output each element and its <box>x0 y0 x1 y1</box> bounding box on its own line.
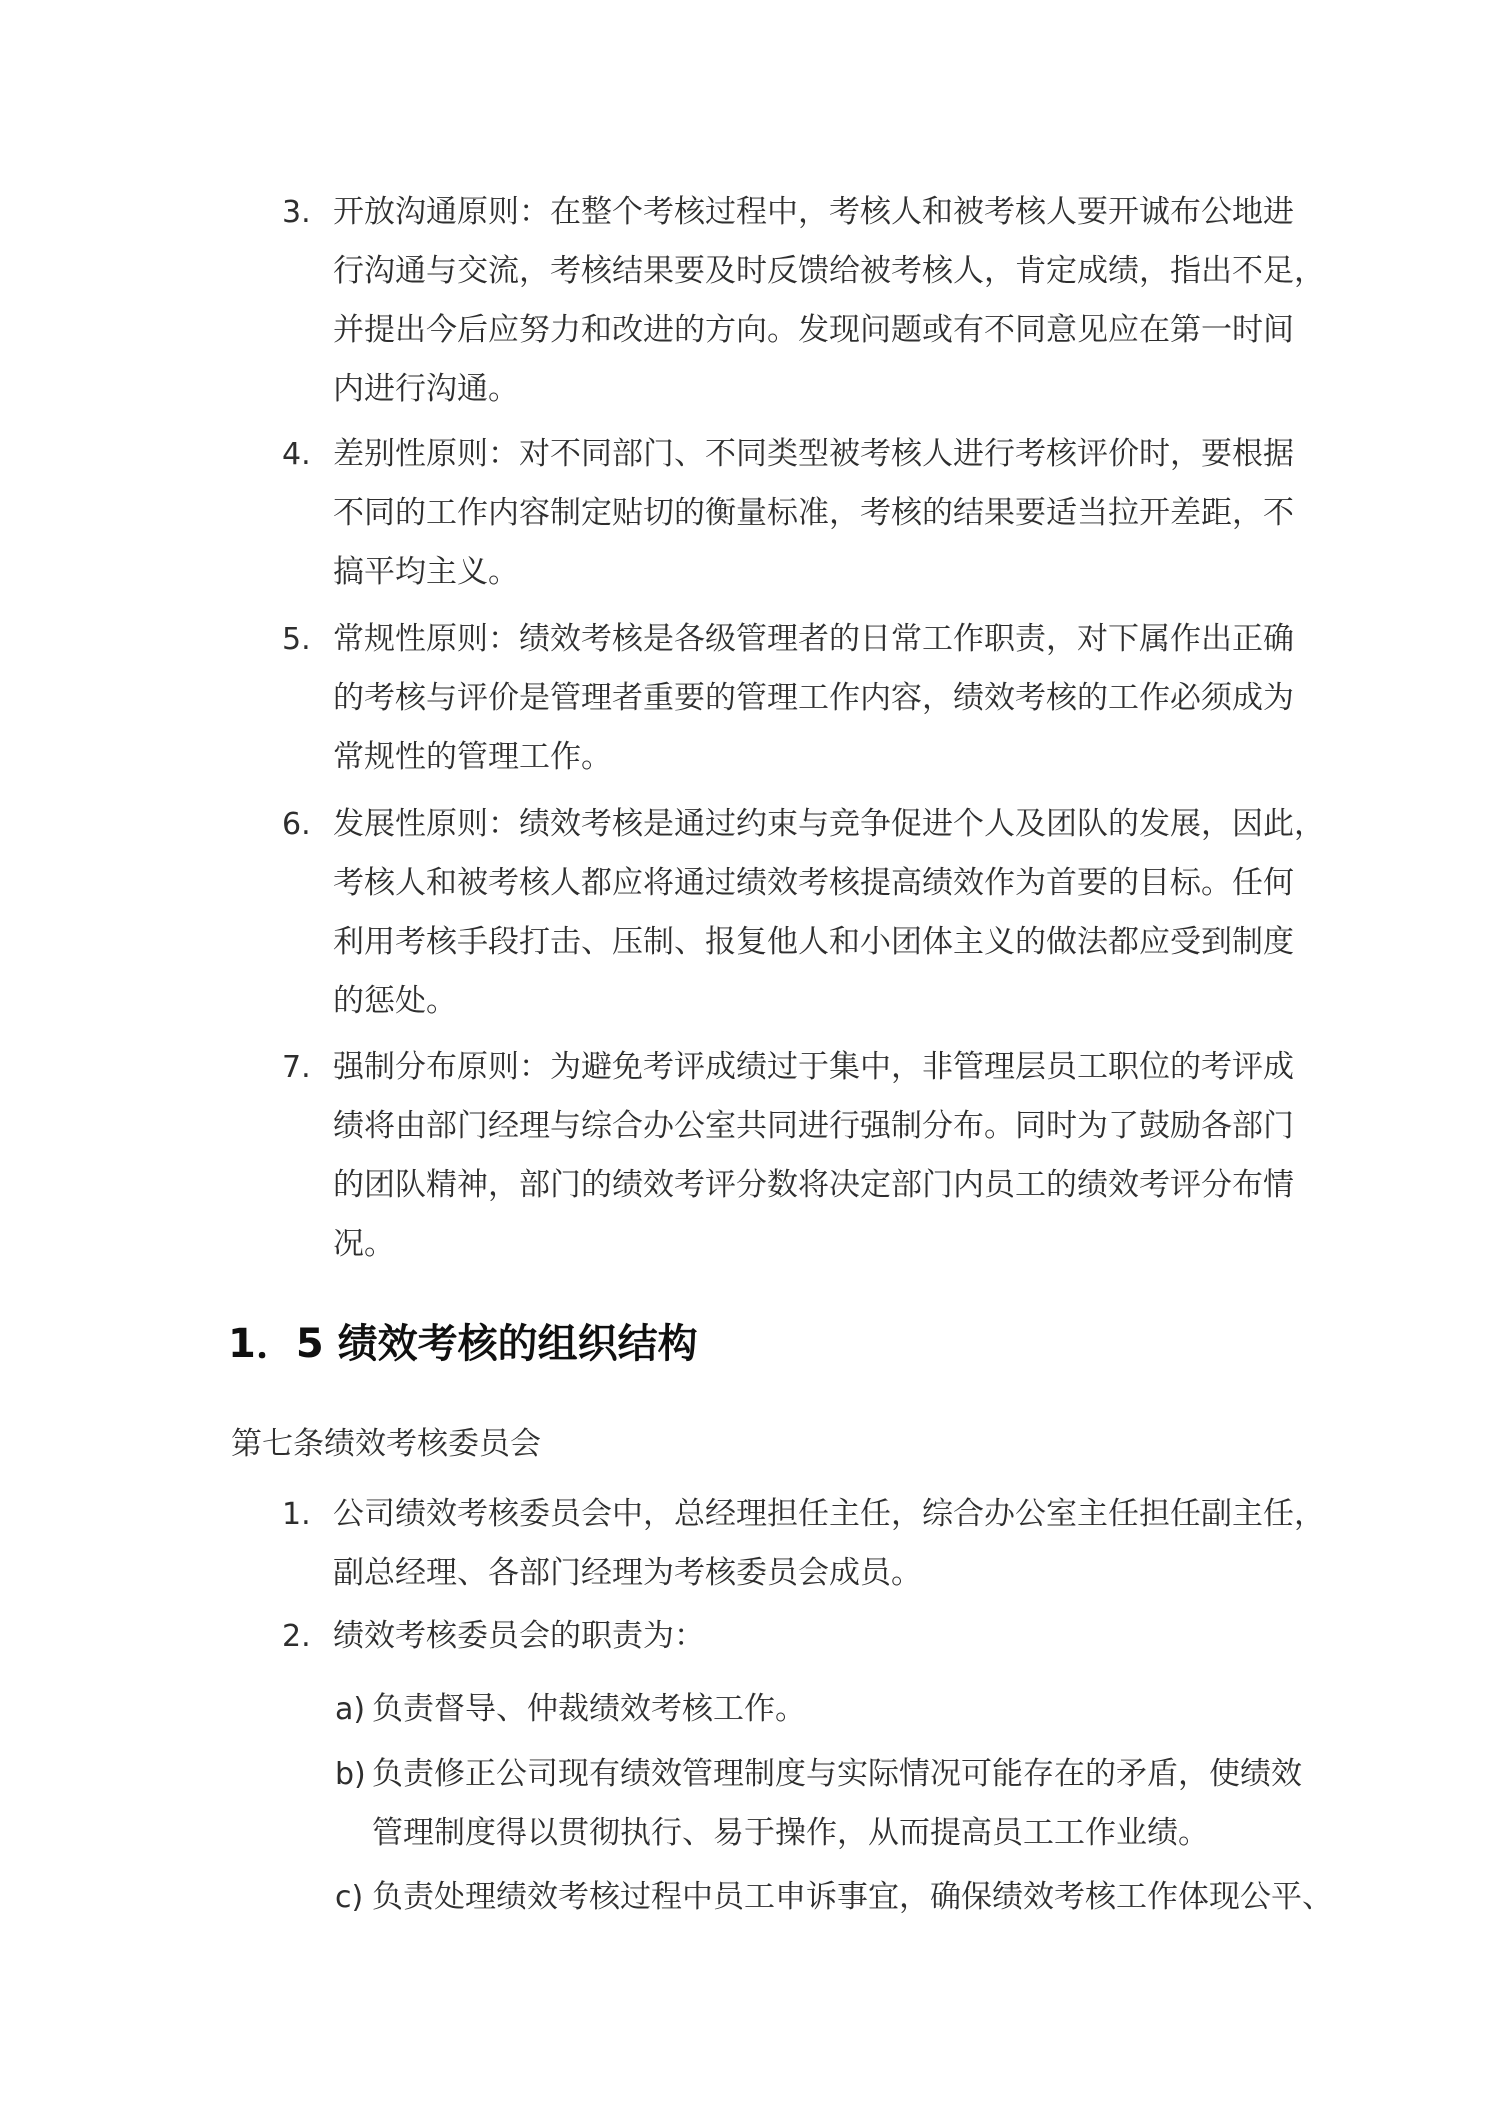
text-line: 的考核与评价是管理者重要的管理工作内容，绩效考核的工作必须成为 <box>333 669 1294 728</box>
text-line: 绩将由部门经理与综合办公室共同进行强制分布。同时为了鼓励各部门 <box>333 1097 1294 1156</box>
list-item-text: 强制分布原则：为避免考评成绩过于集中，非管理层员工职位的考评成 绩将由部门经理与… <box>333 1038 1294 1274</box>
list-item: 6. 发展性原则：绩效考核是通过约束与竞争促进个人及团队的发展，因此， 考核人和… <box>282 795 1325 1031</box>
text-line: 不同的工作内容制定贴切的衡量标准，考核的结果要适当拉开差距，不 <box>333 484 1294 543</box>
text-line: 公司绩效考核委员会中，总经理担任主任，综合办公室主任担任副主任， <box>333 1485 1325 1544</box>
sub-list-text: 负责处理绩效考核过程中员工申诉事宜，确保绩效考核工作体现公平、 <box>372 1868 1333 1927</box>
sub-list-item: a) 负责督导、仲裁绩效考核工作。 <box>335 1680 806 1739</box>
list-item-text: 绩效考核委员会的职责为： <box>333 1607 705 1666</box>
text-line: 管理制度得以贯彻执行、易于操作，从而提高员工工作业绩。 <box>372 1804 1302 1863</box>
sub-list-marker: a) <box>335 1680 372 1739</box>
text-line: 常规性的管理工作。 <box>333 728 1294 787</box>
text-line: 副总经理、各部门经理为考核委员会成员。 <box>333 1544 1325 1603</box>
text-line: 利用考核手段打击、压制、报复他人和小团体主义的做法都应受到制度 <box>333 913 1325 972</box>
text-line: 强制分布原则：为避免考评成绩过于集中，非管理层员工职位的考评成 <box>333 1038 1294 1097</box>
text-line: 况。 <box>333 1215 1294 1274</box>
sub-list-marker: b) <box>335 1745 372 1804</box>
text-line: 发展性原则：绩效考核是通过约束与竞争促进个人及团队的发展，因此， <box>333 795 1325 854</box>
text-line: 并提出今后应努力和改进的方向。发现问题或有不同意见应在第一时间 <box>333 301 1325 360</box>
document-page: 3. 开放沟通原则：在整个考核过程中，考核人和被考核人要开诚布公地进 行沟通与交… <box>0 0 1500 2121</box>
text-line: 开放沟通原则：在整个考核过程中，考核人和被考核人要开诚布公地进 <box>333 183 1325 242</box>
text-line: 负责修正公司现有绩效管理制度与实际情况可能存在的矛盾，使绩效 <box>372 1745 1302 1804</box>
text-line: 负责处理绩效考核过程中员工申诉事宜，确保绩效考核工作体现公平、 <box>372 1868 1333 1927</box>
list-item-number: 3. <box>282 183 333 242</box>
list-item-number: 1. <box>282 1485 333 1544</box>
text-line: 内进行沟通。 <box>333 360 1325 419</box>
sub-list-item: b) 负责修正公司现有绩效管理制度与实际情况可能存在的矛盾，使绩效 管理制度得以… <box>335 1745 1302 1863</box>
list-item-number: 4. <box>282 425 333 484</box>
list-item-number: 7. <box>282 1038 333 1097</box>
list-item-text: 开放沟通原则：在整个考核过程中，考核人和被考核人要开诚布公地进 行沟通与交流，考… <box>333 183 1325 419</box>
sub-list-text: 负责修正公司现有绩效管理制度与实际情况可能存在的矛盾，使绩效 管理制度得以贯彻执… <box>372 1745 1302 1863</box>
text-line: 绩效考核委员会的职责为： <box>333 1607 705 1666</box>
list-item-text: 公司绩效考核委员会中，总经理担任主任，综合办公室主任担任副主任， 副总经理、各部… <box>333 1485 1325 1603</box>
list-item-number: 2. <box>282 1607 333 1666</box>
section-heading: 1．5 绩效考核的组织结构 <box>228 1320 698 1368</box>
text-line: 的团队精神，部门的绩效考评分数将决定部门内员工的绩效考评分布情 <box>333 1156 1294 1215</box>
sub-list-text: 负责督导、仲裁绩效考核工作。 <box>372 1680 806 1739</box>
list-item-text: 发展性原则：绩效考核是通过约束与竞争促进个人及团队的发展，因此， 考核人和被考核… <box>333 795 1325 1031</box>
list-item-text: 常规性原则：绩效考核是各级管理者的日常工作职责，对下属作出正确 的考核与评价是管… <box>333 610 1294 787</box>
list-item: 1. 公司绩效考核委员会中，总经理担任主任，综合办公室主任担任副主任， 副总经理… <box>282 1485 1325 1603</box>
article-title: 第七条绩效考核委员会 <box>231 1415 541 1474</box>
text-line: 差别性原则：对不同部门、不同类型被考核人进行考核评价时，要根据 <box>333 425 1294 484</box>
sub-list-item: c) 负责处理绩效考核过程中员工申诉事宜，确保绩效考核工作体现公平、 <box>335 1868 1333 1927</box>
text-line: 考核人和被考核人都应将通过绩效考核提高绩效作为首要的目标。任何 <box>333 854 1325 913</box>
list-item: 4. 差别性原则：对不同部门、不同类型被考核人进行考核评价时，要根据 不同的工作… <box>282 425 1294 602</box>
text-line: 搞平均主义。 <box>333 543 1294 602</box>
text-line: 行沟通与交流，考核结果要及时反馈给被考核人，肯定成绩，指出不足， <box>333 242 1325 301</box>
list-item: 5. 常规性原则：绩效考核是各级管理者的日常工作职责，对下属作出正确 的考核与评… <box>282 610 1294 787</box>
text-line: 的惩处。 <box>333 972 1325 1031</box>
sub-list-marker: c) <box>335 1868 372 1927</box>
list-item: 3. 开放沟通原则：在整个考核过程中，考核人和被考核人要开诚布公地进 行沟通与交… <box>282 183 1325 419</box>
text-line: 常规性原则：绩效考核是各级管理者的日常工作职责，对下属作出正确 <box>333 610 1294 669</box>
list-item-text: 差别性原则：对不同部门、不同类型被考核人进行考核评价时，要根据 不同的工作内容制… <box>333 425 1294 602</box>
text-line: 负责督导、仲裁绩效考核工作。 <box>372 1680 806 1739</box>
list-item-number: 6. <box>282 795 333 854</box>
list-item: 2. 绩效考核委员会的职责为： <box>282 1607 705 1666</box>
list-item-number: 5. <box>282 610 333 669</box>
list-item: 7. 强制分布原则：为避免考评成绩过于集中，非管理层员工职位的考评成 绩将由部门… <box>282 1038 1294 1274</box>
